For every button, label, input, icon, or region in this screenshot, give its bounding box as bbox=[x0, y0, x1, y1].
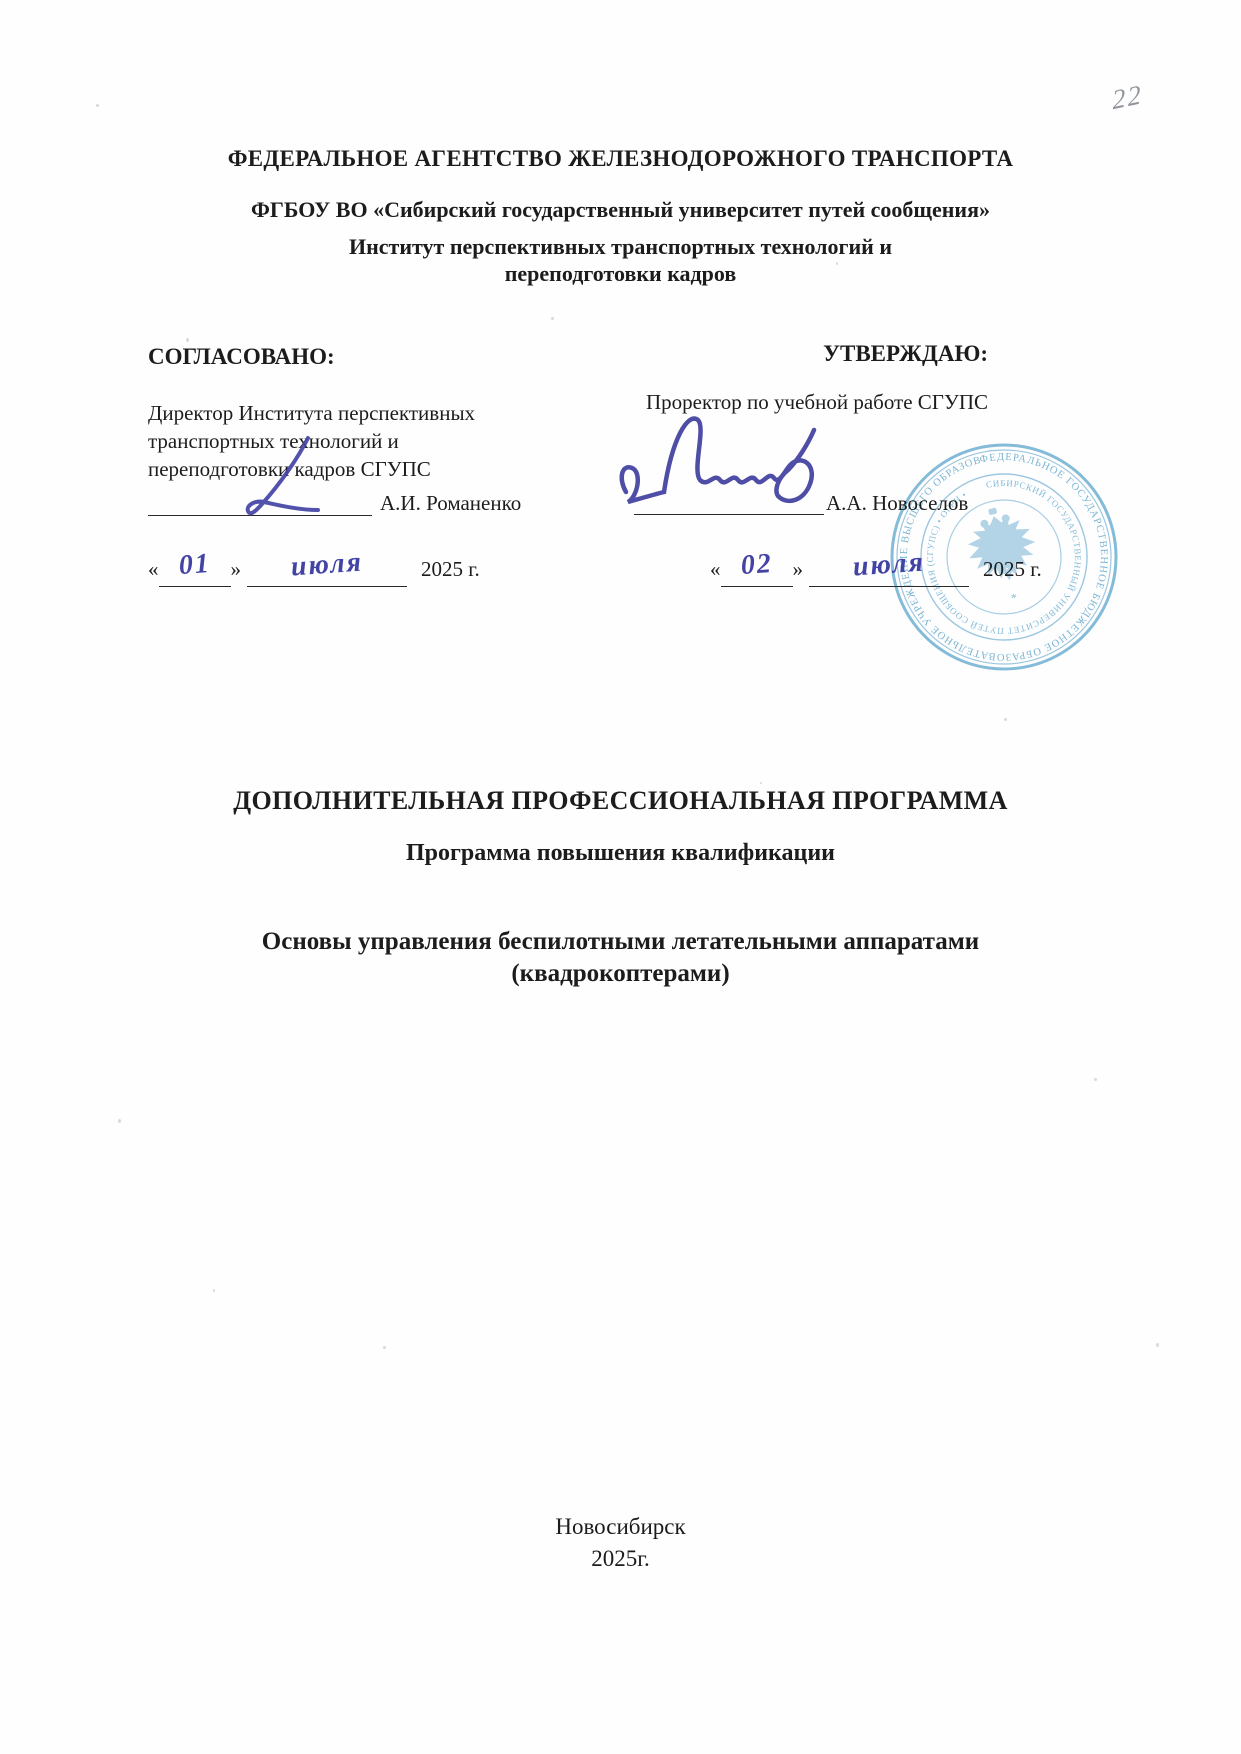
agreed-position-line: Директор Института перспективных bbox=[148, 399, 475, 427]
signature-romanenko-icon bbox=[222, 432, 372, 524]
scan-speck bbox=[1004, 718, 1007, 721]
handwritten-month: июля bbox=[290, 546, 364, 585]
approve-heading: УТВЕРЖДАЮ: bbox=[620, 341, 988, 367]
agreed-heading: СОГЛАСОВАНО: bbox=[148, 344, 335, 370]
open-quote: « bbox=[710, 551, 721, 587]
scan-speck bbox=[1094, 1078, 1097, 1081]
year-suffix: 2025 г. bbox=[983, 551, 1042, 587]
program-name-line1: Основы управления беспилотными летательн… bbox=[0, 928, 1241, 956]
scan-speck bbox=[551, 317, 554, 320]
open-quote: « bbox=[148, 551, 159, 587]
scan-speck bbox=[1156, 1343, 1159, 1347]
scan-speck bbox=[383, 1346, 386, 1349]
footer-year: 2025г. bbox=[0, 1546, 1241, 1572]
header-agency: ФЕДЕРАЛЬНОЕ АГЕНТСТВО ЖЕЛЕЗНОДОРОЖНОГО Т… bbox=[0, 146, 1241, 172]
header-university: ФГБОУ ВО «Сибирский государственный унив… bbox=[0, 197, 1241, 223]
approve-date-row: «02»июля2025 г. bbox=[710, 550, 1042, 588]
day-slot: 02 bbox=[721, 550, 793, 587]
program-subtitle: Программа повышения квалификации bbox=[0, 840, 1241, 867]
scan-speck bbox=[760, 782, 762, 784]
close-quote: » bbox=[793, 551, 804, 587]
handwritten-page-number: 22 bbox=[1111, 79, 1144, 117]
month-slot: июля bbox=[809, 550, 969, 587]
handwritten-month: июля bbox=[852, 546, 926, 585]
program-name-line2: (квадрокоптерами) bbox=[0, 960, 1241, 988]
close-quote: » bbox=[231, 551, 242, 587]
signature-novoselov-icon bbox=[616, 408, 846, 526]
footer-city: Новосибирск bbox=[0, 1514, 1241, 1540]
scan-speck bbox=[118, 1119, 121, 1123]
year-suffix: 2025 г. bbox=[421, 551, 480, 587]
agreed-date-row: «01»июля2025 г. bbox=[148, 550, 480, 588]
program-title: ДОПОЛНИТЕЛЬНАЯ ПРОФЕССИОНАЛЬНАЯ ПРОГРАММ… bbox=[0, 786, 1241, 816]
scan-speck bbox=[213, 1289, 215, 1292]
scan-speck bbox=[96, 104, 99, 107]
day-slot: 01 bbox=[159, 550, 231, 587]
month-slot: июля bbox=[247, 550, 407, 587]
handwritten-day: 01 bbox=[177, 547, 211, 583]
stamp-center-star: * bbox=[1010, 590, 1019, 605]
agreed-signee-name: А.И. Романенко bbox=[380, 491, 521, 516]
approve-signee-name: А.А. Новоселов bbox=[826, 491, 968, 516]
scan-speck bbox=[186, 338, 189, 342]
handwritten-day: 02 bbox=[739, 547, 773, 583]
header-institute-line1: Институт перспективных транспортных техн… bbox=[0, 234, 1241, 260]
document-page: 22 ФЕДЕРАЛЬНОЕ АГЕНТСТВО ЖЕЛЕЗНОДОРОЖНОГ… bbox=[0, 0, 1241, 1754]
header-institute-line2: переподготовки кадров bbox=[0, 261, 1241, 287]
